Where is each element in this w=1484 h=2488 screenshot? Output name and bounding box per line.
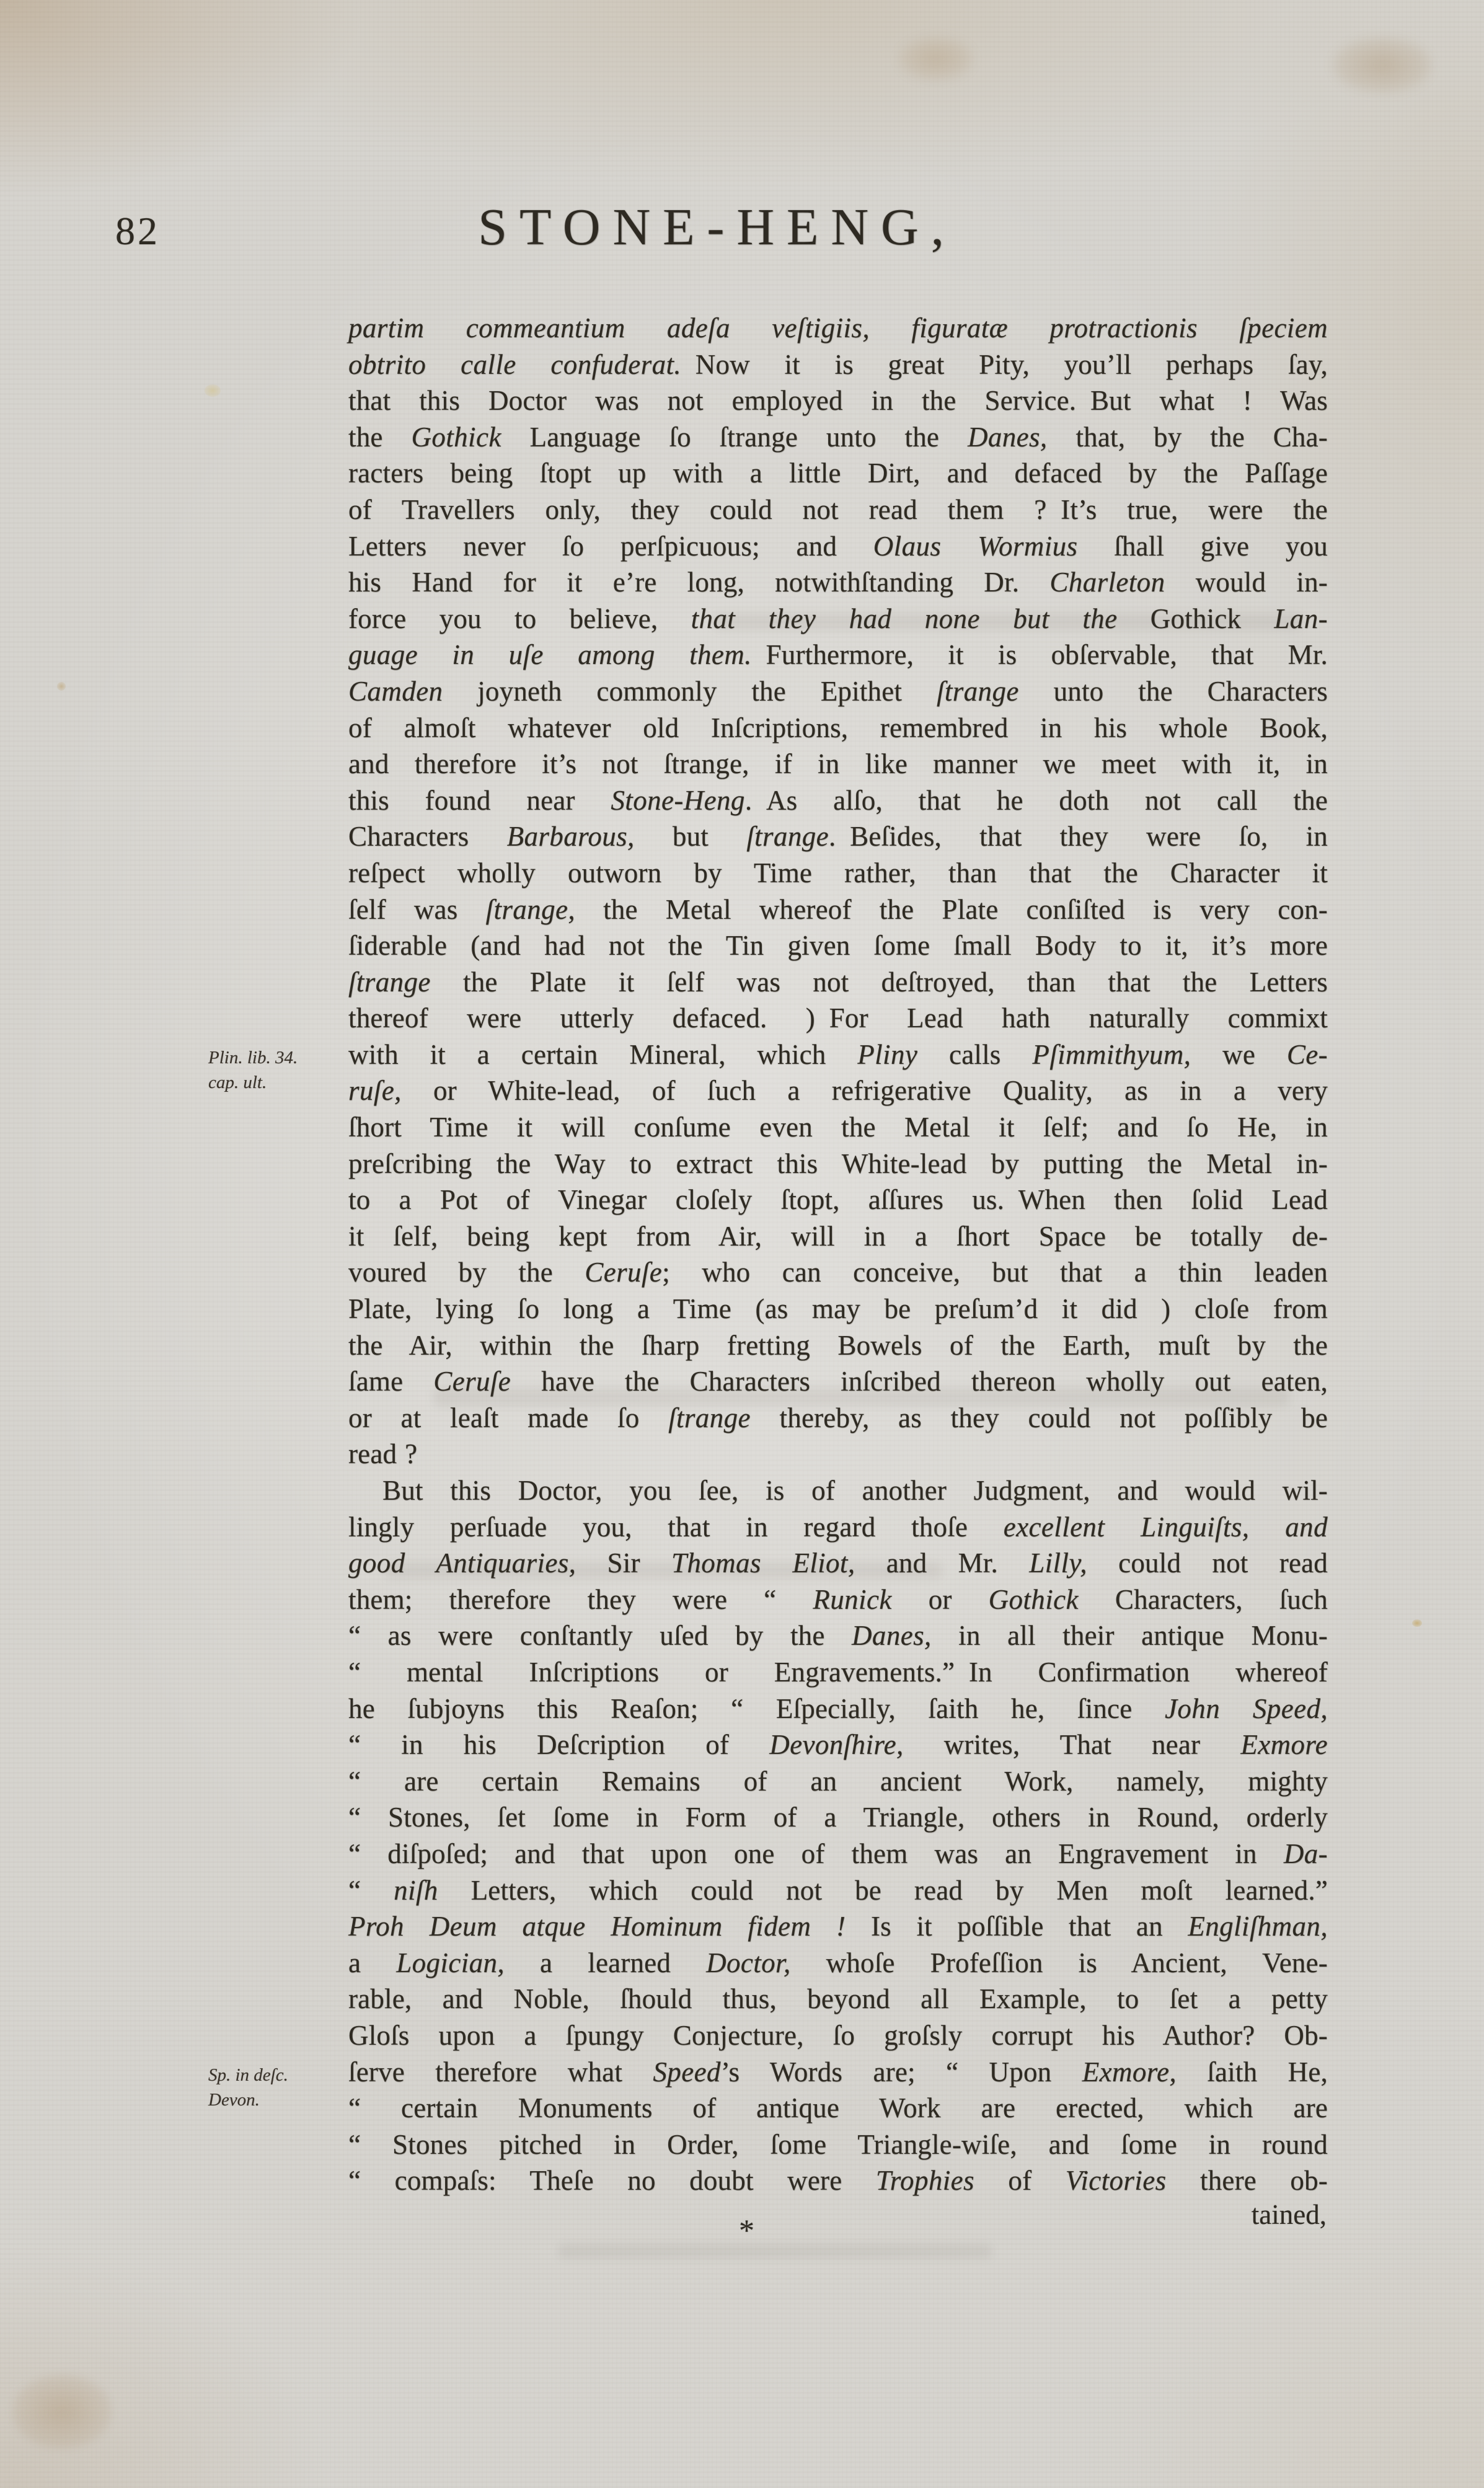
roman-text-segment: “ Stones pitched in Order, ſome Triangle… [348, 2129, 1328, 2160]
text-line: ſtrange the Plate it ſelf was not deſtro… [348, 964, 1328, 1001]
roman-text-segment: of Travellers only, they could not read … [348, 494, 1328, 525]
roman-text-segment: of almoſt whatever old Inſcriptions, rem… [348, 712, 1328, 743]
text-line: obtrito calle confuderat. Now it is grea… [348, 347, 1328, 383]
italic-text-segment: Ceruſe [433, 1366, 511, 1397]
roman-text-segment: Gothick [1118, 603, 1274, 634]
text-line: lingly perſuade you, that in regard thoſ… [348, 1509, 1328, 1546]
roman-text-segment: Letters never ſo perſpicuous; and [348, 531, 873, 562]
roman-text-segment: preſcribing the Way to extract this Whit… [348, 1148, 1328, 1179]
italic-text-segment: partim commeantium adeſa veſtigiis, figu… [348, 312, 1328, 343]
italic-text-segment: good Antiquaries, [348, 1547, 576, 1578]
roman-text-segment: ſhall give you [1077, 531, 1328, 562]
italic-text-segment: ſtrange [668, 1402, 751, 1433]
text-line: “ are certain Remains of an ancient Work… [348, 1763, 1328, 1800]
roman-text-segment: there ob- [1167, 2165, 1328, 2196]
italic-text-segment: Danes, [852, 1620, 932, 1651]
roman-text-segment: . As alſo, that he doth not call the [745, 785, 1328, 816]
text-line: Gloſs upon a ſpungy Conjecture, ſo groſs… [348, 2017, 1328, 2054]
roman-text-segment: the [348, 422, 411, 453]
roman-text-segment: and therefore it’s not ſtrange, if in li… [348, 748, 1328, 779]
margin-note: Sp. in deſc.Devon. [208, 2063, 346, 2112]
roman-text-segment: Is it poſſible that an [846, 1911, 1188, 1942]
text-line: with it a certain Mineral, which Pliny c… [348, 1037, 1328, 1073]
verso-show-through [558, 2244, 992, 2258]
italic-text-segment: Camden [348, 676, 443, 707]
foxing-stain [205, 384, 221, 397]
roman-text-segment: ſame [348, 1366, 433, 1397]
margin-note-line: Devon. [208, 2087, 346, 2112]
roman-text-segment: his Hand for it e’re long, notwithſtandi… [348, 567, 1049, 598]
roman-text-segment: he ſubjoyns this Reaſon; “ Eſpecially, ſ… [348, 1693, 1165, 1724]
roman-text-segment: and Mr. [855, 1547, 1029, 1578]
italic-text-segment: Pſimmithyum, [1032, 1039, 1191, 1070]
text-line: Letters never ſo perſpicuous; and Olaus … [348, 528, 1328, 565]
roman-text-segment: the Air, within the ſharp fretting Bowel… [348, 1330, 1328, 1361]
roman-text-segment: “ are certain Remains of an ancient Work… [348, 1766, 1328, 1797]
text-line: he ſubjoyns this Reaſon; “ Eſpecially, ſ… [348, 1691, 1328, 1727]
text-line: a Logician, a learned Doctor, whoſe Prof… [348, 1945, 1328, 1981]
roman-text-segment: ; who can conceive, but that a thin lead… [662, 1257, 1328, 1288]
italic-text-segment: excellent Linguiſts, and [1004, 1512, 1328, 1543]
text-line: force you to believe, that they had none… [348, 601, 1328, 637]
text-line: reſpect wholly outworn by Time rather, t… [348, 855, 1328, 892]
italic-text-segment: Doctor, [706, 1947, 791, 1978]
roman-text-segment: “ as were conſtantly uſed by the [348, 1620, 852, 1651]
italic-text-segment: John Speed, [1165, 1693, 1328, 1724]
text-line: them; therefore they were “ Runick or Go… [348, 1582, 1328, 1618]
text-line: racters being ſtopt up with a little Dir… [348, 455, 1328, 492]
italic-text-segment: Ceruſe [585, 1257, 662, 1288]
roman-text-segment: could not read [1087, 1547, 1328, 1578]
italic-text-segment: Lan- [1274, 603, 1328, 634]
foxing-stain [1412, 1619, 1422, 1627]
margin-note-line: Plin. lib. 34. [208, 1045, 346, 1070]
roman-text-segment: whoſe Profeſſion is Ancient, Vene- [791, 1947, 1328, 1978]
roman-text-segment: ſaith He, [1177, 2056, 1328, 2087]
foxing-stain [12, 2375, 112, 2449]
text-line: that this Doctor was not employed in the… [348, 383, 1328, 419]
roman-text-segment: Now it is great Pity, you’ll perhaps ſay… [681, 349, 1328, 380]
text-line: preſcribing the Way to extract this Whit… [348, 1146, 1328, 1182]
roman-text-segment: writes, That near [904, 1729, 1241, 1760]
italic-text-segment: Olaus Wormius [873, 531, 1078, 562]
roman-text-segment: but [635, 821, 747, 852]
text-line: to a Pot of Vinegar cloſely ſtopt, aſſur… [348, 1182, 1328, 1218]
roman-text-segment: of [974, 2165, 1066, 2196]
text-line: But this Doctor, you ſee, is of another … [348, 1472, 1328, 1509]
italic-text-segment: Victories [1066, 2165, 1167, 2196]
margin-note: Plin. lib. 34.cap. ult. [208, 1045, 346, 1095]
roman-text-segment: or White-lead, of ſuch a refrigerative Q… [402, 1075, 1328, 1106]
italic-text-segment: Exmore, [1082, 2056, 1177, 2087]
roman-text-segment: in all their antique Monu- [932, 1620, 1328, 1651]
text-line: rable, and Noble, ſhould thus, beyond al… [348, 1981, 1328, 2017]
italic-text-segment: obtrito calle confuderat. [348, 349, 681, 380]
italic-text-segment: ruſe, [348, 1075, 402, 1106]
text-line: it ſelf, being kept from Air, will in a … [348, 1218, 1328, 1255]
foxing-stain [1333, 37, 1432, 93]
text-line: voured by the Ceruſe; who can conceive, … [348, 1254, 1328, 1291]
italic-text-segment: Gothick [989, 1584, 1079, 1615]
italic-text-segment: ſtrange [746, 821, 829, 852]
roman-text-segment: a [348, 1947, 396, 1978]
text-line: the Gothick Language ſo ſtrange unto the… [348, 419, 1328, 456]
italic-text-segment: Devonſhire, [769, 1729, 903, 1760]
roman-text-segment: Characters [348, 821, 507, 852]
roman-text-segment: to a Pot of Vinegar cloſely ſtopt, aſſur… [348, 1184, 1328, 1215]
roman-text-segment: would in- [1165, 567, 1328, 598]
text-line: Characters Barbarous, but ſtrange. Beſid… [348, 818, 1328, 855]
roman-text-segment: the Metal whereof the Plate conſiſted is… [575, 894, 1328, 925]
roman-text-segment: we [1191, 1039, 1286, 1070]
foxing-stain [899, 37, 973, 81]
text-line: ſelf was ſtrange, the Metal whereof the … [348, 892, 1328, 928]
text-line: “ certain Monuments of antique Work are … [348, 2090, 1328, 2127]
roman-text-segment: ſelf was [348, 894, 486, 925]
roman-text-segment: read ? [348, 1438, 417, 1469]
roman-text-segment: Characters, ſuch [1079, 1584, 1328, 1615]
roman-text-segment: them; therefore they were “ [348, 1584, 813, 1615]
text-line: read ? [348, 1436, 1328, 1472]
italic-text-segment: ſtrange, [486, 894, 575, 925]
italic-text-segment: Barbarous, [507, 821, 635, 852]
italic-text-segment: guage in uſe among them. [348, 639, 752, 670]
roman-text-segment: with it a certain Mineral, which [348, 1039, 857, 1070]
text-line: “ Stones pitched in Order, ſome Triangle… [348, 2127, 1328, 2163]
italic-text-segment: Runick [813, 1584, 891, 1615]
foxing-stain [57, 682, 66, 691]
italic-text-segment: Da- [1284, 1838, 1328, 1869]
roman-text-segment: . Beſides, that they were ſo, in [829, 821, 1328, 852]
roman-text-segment: this found near [348, 785, 611, 816]
roman-text-segment: Gloſs upon a ſpungy Conjecture, ſo groſs… [348, 2020, 1328, 2051]
roman-text-segment: Sir [576, 1547, 671, 1578]
italic-text-segment: Engliſhman, [1188, 1911, 1328, 1942]
italic-text-segment: Pliny [857, 1039, 917, 1070]
roman-text-segment: “ in his Deſcription of [348, 1729, 769, 1760]
text-line: “ niſh Letters, which could not be read … [348, 1872, 1328, 1909]
roman-text-segment: “ diſpoſed; and that upon one of them wa… [348, 1838, 1284, 1869]
italic-text-segment: niſh [394, 1875, 438, 1906]
roman-text-segment: thereby, as they could not poſſibly be [751, 1402, 1328, 1433]
roman-text-segment: ſhort Time it will conſume even the Meta… [348, 1112, 1328, 1143]
roman-text-segment: “ certain Monuments of antique Work are … [348, 2092, 1328, 2123]
roman-text-segment: rable, and Noble, ſhould thus, beyond al… [348, 1983, 1328, 2014]
text-line: Camden joyneth commonly the Epithet ſtra… [348, 673, 1328, 710]
text-line: or at leaſt made ſo ſtrange thereby, as … [348, 1400, 1328, 1437]
text-line: “ mental Inſcriptions or Engravements.” … [348, 1654, 1328, 1691]
roman-text-segment: “ [348, 1875, 394, 1906]
roman-text-segment: have the Characters inſcribed thereon wh… [511, 1366, 1328, 1397]
roman-text-segment: reſpect wholly outworn by Time rather, t… [348, 857, 1328, 888]
signature-mark: * [739, 2212, 754, 2248]
text-line: “ in his Deſcription of Devonſhire, writ… [348, 1727, 1328, 1763]
text-line: of almoſt whatever old Inſcriptions, rem… [348, 710, 1328, 746]
italic-text-segment: Danes, [968, 422, 1048, 453]
roman-text-segment: a learned [505, 1947, 706, 1978]
text-line: Plate, lying ſo long a Time (as may be p… [348, 1291, 1328, 1327]
margin-note-line: cap. ult. [208, 1070, 346, 1095]
roman-text-segment: the Plate it ſelf was not deſtroyed, tha… [431, 967, 1328, 998]
body-text: partim commeantium adeſa veſtigiis, figu… [348, 310, 1328, 2199]
book-page: 82 STONE-HENG, partim commeantium adeſa … [0, 0, 1484, 2488]
roman-text-segment: Letters, which could not be read by Men … [438, 1875, 1328, 1906]
roman-text-segment: it ſelf, being kept from Air, will in a … [348, 1221, 1328, 1252]
text-line: ſhort Time it will conſume even the Meta… [348, 1109, 1328, 1146]
italic-text-segment: Charleton [1049, 567, 1165, 598]
roman-text-segment: “ mental Inſcriptions or Engravements.” … [348, 1657, 1328, 1688]
text-line: Proh Deum atque Hominum fidem ! Is it po… [348, 1908, 1328, 1945]
roman-text-segment: lingly perſuade you, that in regard thoſ… [348, 1512, 1004, 1543]
italic-text-segment: Stone-Heng [611, 785, 744, 816]
italic-text-segment: Exmore [1240, 1729, 1328, 1760]
roman-text-segment: racters being ſtopt up with a little Dir… [348, 458, 1328, 489]
text-line: of Travellers only, they could not read … [348, 492, 1328, 528]
roman-text-segment: joyneth commonly the Epithet [443, 676, 937, 707]
text-line: ſame Ceruſe have the Characters inſcribe… [348, 1363, 1328, 1400]
roman-text-segment: Furthermore, it is obſervable, that Mr. [752, 639, 1328, 670]
italic-text-segment: Lilly, [1029, 1547, 1087, 1578]
text-line: and therefore it’s not ſtrange, if in li… [348, 746, 1328, 782]
text-line: partim commeantium adeſa veſtigiis, figu… [348, 310, 1328, 347]
roman-text-segment: or [892, 1584, 989, 1615]
text-line: the Air, within the ſharp fretting Bowel… [348, 1327, 1328, 1364]
roman-text-segment: that, by the Cha- [1048, 422, 1328, 453]
roman-text-segment: ſerve therefore what [348, 2056, 653, 2087]
roman-text-segment: But this Doctor, you ſee, is of another … [382, 1475, 1328, 1506]
italic-text-segment: Proh Deum atque Hominum fidem ! [348, 1911, 846, 1942]
running-title: STONE-HENG, [348, 197, 1086, 257]
italic-text-segment: Thomas Eliot, [671, 1547, 855, 1578]
italic-text-segment: Gothick [411, 422, 501, 453]
italic-text-segment: ſtrange [348, 967, 431, 998]
text-line: “ diſpoſed; and that upon one of them wa… [348, 1836, 1328, 1872]
roman-text-segment: thereof were utterly defaced. ) For Lead… [348, 1003, 1328, 1034]
roman-text-segment: “ compaſs: Theſe no doubt were [348, 2165, 876, 2196]
roman-text-segment: ſiderable (and had not the Tin given ſom… [348, 930, 1328, 961]
roman-text-segment: voured by the [348, 1257, 585, 1288]
roman-text-segment: or at leaſt made ſo [348, 1402, 668, 1433]
text-line: this found near Stone-Heng. As alſo, tha… [348, 782, 1328, 819]
catchword: tained, [1252, 2198, 1327, 2231]
roman-text-segment: calls [917, 1039, 1032, 1070]
text-line: good Antiquaries, Sir Thomas Eliot, and … [348, 1545, 1328, 1582]
roman-text-segment: “ Stones, ſet ſome in Form of a Triangle… [348, 1802, 1328, 1833]
roman-text-segment: Language ſo ſtrange unto the [501, 422, 968, 453]
text-line: ſerve therefore what Speed’s Words are; … [348, 2054, 1328, 2091]
italic-text-segment: ſtrange [937, 676, 1019, 707]
text-line: “ Stones, ſet ſome in Form of a Triangle… [348, 1799, 1328, 1836]
italic-text-segment: Trophies [876, 2165, 974, 2196]
text-line: ſiderable (and had not the Tin given ſom… [348, 927, 1328, 964]
roman-text-segment: ’s Words are; “ Upon [721, 2056, 1082, 2087]
margin-note-line: Sp. in deſc. [208, 2063, 346, 2087]
italic-text-segment: Speed [653, 2056, 720, 2087]
text-line: thereof were utterly defaced. ) For Lead… [348, 1000, 1328, 1037]
text-line: his Hand for it e’re long, notwithſtandi… [348, 564, 1328, 601]
text-line: guage in uſe among them. Furthermore, it… [348, 637, 1328, 673]
roman-text-segment: force you to believe, [348, 603, 691, 634]
text-line: ruſe, or White-lead, of ſuch a refrigera… [348, 1073, 1328, 1109]
text-line: “ as were conſtantly uſed by the Danes, … [348, 1618, 1328, 1654]
roman-text-segment: that this Doctor was not employed in the… [348, 385, 1328, 416]
roman-text-segment: unto the Characters [1019, 676, 1328, 707]
italic-text-segment: Ce- [1287, 1039, 1328, 1070]
roman-text-segment: Plate, lying ſo long a Time (as may be p… [348, 1293, 1328, 1324]
italic-text-segment: Logician, [396, 1947, 505, 1978]
italic-text-segment: that they had none but the [691, 603, 1118, 634]
page-number: 82 [115, 208, 160, 254]
text-line: “ compaſs: Theſe no doubt were Trophies … [348, 2163, 1328, 2199]
